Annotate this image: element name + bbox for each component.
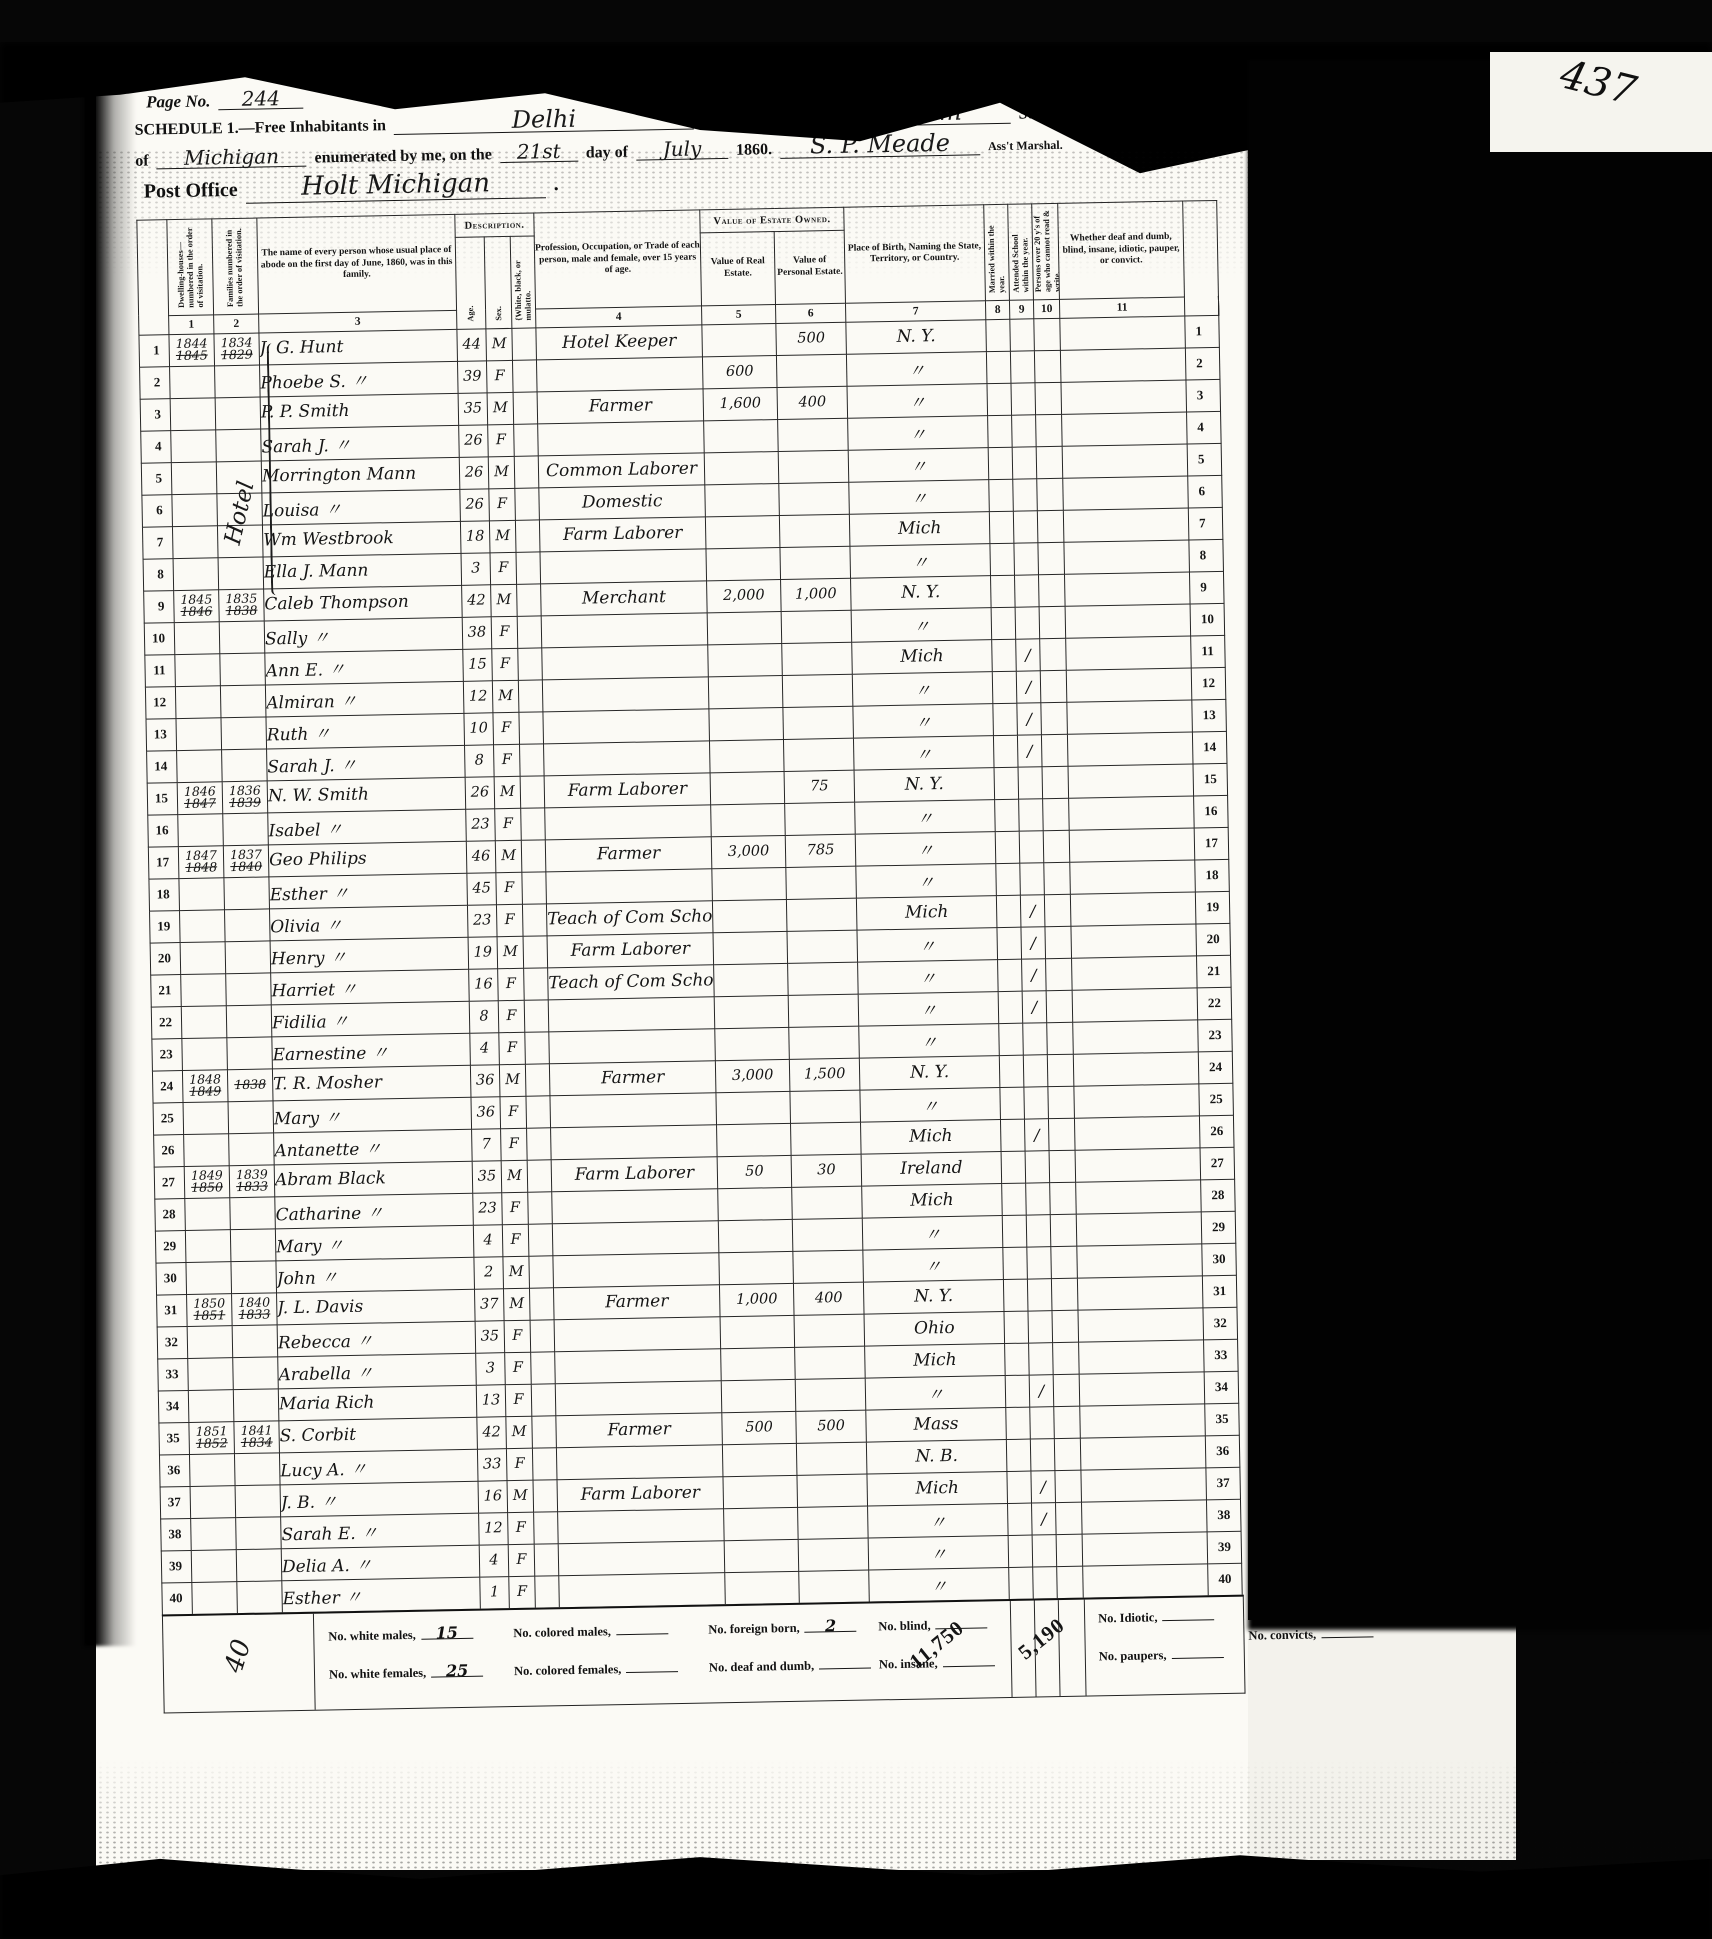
cell-age: 42 (477, 1416, 507, 1449)
cell-color (528, 1223, 553, 1255)
cell-remarks (1067, 700, 1193, 734)
footer-stat-no-white-females: No. white females,25 (329, 1664, 483, 1682)
dwelling-number-struck: 1847 (184, 797, 216, 810)
row-number-left: 27 (154, 1166, 185, 1199)
cell-dwelling-number (173, 557, 219, 590)
cell-cannot-read (1035, 382, 1062, 414)
row-number-left: 3 (140, 398, 171, 431)
cell-name: J. G. Hunt (259, 329, 458, 365)
cell-age: 36 (470, 1064, 500, 1097)
column-number-11: 11 (1059, 297, 1184, 318)
cell-age: 44 (457, 328, 487, 361)
cell-age: 4 (473, 1224, 503, 1257)
row-number-left: 9 (144, 590, 175, 623)
cell-birthplace: 〃 (850, 543, 991, 578)
cell-birthplace: 〃 (858, 959, 999, 994)
cell-personal-estate (780, 546, 851, 579)
cell-occupation (536, 356, 703, 391)
row-number-left: 6 (142, 494, 173, 527)
cell-attended-school (1019, 798, 1044, 830)
cell-color (517, 583, 542, 615)
cell-family-number (219, 621, 265, 654)
cell-personal-estate: 75 (784, 770, 855, 803)
row-number-left: 28 (155, 1198, 186, 1231)
cell-cannot-read (1037, 510, 1064, 542)
cell-occupation: Farmer (556, 1412, 723, 1447)
cell-occupation (540, 548, 707, 583)
cell-birthplace: 〃 (868, 1503, 1009, 1538)
cell-birthplace: Mich (867, 1471, 1008, 1506)
cell-birthplace: N. Y. (846, 319, 987, 354)
cell-remarks (1082, 1499, 1208, 1533)
cell-occupation (542, 676, 709, 711)
column-header-10: Place of Birth, Naming the State, Territ… (844, 205, 986, 303)
cell-sex: M (488, 456, 515, 488)
cell-family-number (234, 1452, 280, 1485)
cell-dwelling-number: 18461847 (177, 781, 223, 814)
scanned-census-page: { "page_header": { "page_no_label": "Pag… (0, 0, 1712, 1939)
dwelling-number-stack: 18441845 (170, 337, 214, 362)
cell-name: Olivia 〃 (269, 905, 468, 941)
cell-age: 4 (470, 1032, 500, 1065)
cell-attended-school (1015, 606, 1040, 638)
cell-attended-school: / (1024, 1118, 1049, 1150)
cell-name: P. P. Smith (260, 393, 459, 429)
cell-birthplace: 〃 (855, 799, 996, 834)
cell-occupation (552, 1188, 719, 1223)
cell-sex: M (489, 520, 516, 552)
cell-sex: F (505, 1384, 532, 1416)
cell-cannot-read (1034, 318, 1061, 350)
cell-name: Antanette 〃 (274, 1129, 473, 1165)
cell-attended-school (1011, 382, 1036, 414)
cell-name: Sarah J. 〃 (267, 745, 466, 781)
cell-dwelling-number: 18471848 (178, 845, 224, 878)
row-number-left: 31 (157, 1294, 188, 1327)
cell-occupation: Farm Laborer (539, 516, 706, 551)
cell-real-estate (717, 1123, 792, 1156)
cell-dwelling-number (176, 717, 222, 750)
cell-name: Catharine 〃 (275, 1193, 474, 1229)
cell-color (529, 1287, 554, 1319)
cell-occupation (544, 740, 711, 775)
cell-remarks (1064, 540, 1190, 574)
column-header-1: Dwelling-houses—numbered in the order of… (167, 219, 214, 315)
cell-age: 35 (458, 392, 488, 425)
cell-dwelling-number (191, 1517, 237, 1550)
cell-color (534, 1543, 559, 1575)
cell-real-estate (718, 1219, 793, 1252)
cell-attended-school (1014, 542, 1039, 574)
cell-dwelling-number (188, 1389, 234, 1422)
cell-age: 19 (468, 936, 498, 969)
cell-occupation: Farm Laborer (544, 772, 711, 807)
cell-real-estate (725, 1571, 800, 1604)
cell-remarks (1074, 1084, 1200, 1118)
cell-family-number (231, 1260, 277, 1293)
cell-attended-school (1024, 1086, 1049, 1118)
cell-personal-estate (794, 1314, 865, 1347)
cell-attended-school: / (1016, 638, 1041, 670)
row-number-left: 18 (149, 878, 180, 911)
cell-remarks (1072, 956, 1198, 990)
cell-family-number: 18351838 (219, 589, 265, 622)
scan-black-right-band (1248, 60, 1712, 1630)
cell-sex: F (499, 1032, 526, 1064)
cell-name: Mary 〃 (273, 1097, 472, 1133)
cell-age: 12 (463, 680, 493, 713)
row-number-left: 2 (140, 366, 171, 399)
cell-sex: M (503, 1288, 530, 1320)
cell-personal-estate (785, 802, 856, 835)
cell-real-estate: 1,600 (703, 387, 778, 420)
cell-personal-estate: 500 (796, 1410, 867, 1443)
cell-age: 26 (459, 424, 489, 457)
cell-color (534, 1511, 559, 1543)
cell-name: Isabel 〃 (268, 809, 467, 845)
cell-married (999, 1023, 1024, 1055)
cell-dwelling-number: 18511852 (189, 1421, 235, 1454)
cell-cannot-read (1038, 542, 1065, 574)
row-number-left: 1 (139, 334, 170, 367)
cell-cannot-read (1034, 350, 1061, 382)
footer-rule (1010, 1601, 1013, 1697)
cell-personal-estate (792, 1218, 863, 1251)
cell-sex: F (502, 1192, 529, 1224)
cell-occupation (553, 1252, 720, 1287)
cell-sex: F (508, 1544, 535, 1576)
cell-dwelling-number (170, 397, 216, 430)
cell-name: Abram Black (274, 1161, 473, 1197)
cell-personal-estate (783, 738, 854, 771)
cell-age: 42 (462, 584, 492, 617)
cell-sex: F (505, 1352, 532, 1384)
cell-occupation (552, 1220, 719, 1255)
cell-cannot-read (1039, 574, 1066, 606)
cell-name: Lucy A. 〃 (279, 1449, 478, 1485)
cell-color (533, 1479, 558, 1511)
state-value: Michigan (156, 146, 306, 170)
cell-real-estate (715, 1027, 790, 1060)
cell-remarks (1073, 1020, 1199, 1054)
cell-dwelling-number (188, 1357, 234, 1390)
row-number-left: 35 (159, 1422, 190, 1455)
cell-family-number (218, 557, 264, 590)
cell-age: 1 (480, 1576, 510, 1609)
cell-personal-estate (782, 674, 853, 707)
row-number-right: 25 (1199, 1083, 1234, 1116)
cell-dwelling-number (175, 685, 221, 718)
cell-remarks (1071, 924, 1197, 958)
cell-real-estate (722, 1443, 797, 1476)
cell-attended-school: / (1017, 702, 1042, 734)
cell-dwelling-number (187, 1325, 233, 1358)
cell-personal-estate (798, 1506, 869, 1539)
cell-married (992, 639, 1017, 671)
cell-dwelling-number (189, 1453, 235, 1486)
column-header-8: Value of Real Estate. (700, 232, 775, 306)
row-number-right: 14 (1192, 731, 1227, 764)
row-number-right: 12 (1191, 667, 1226, 700)
dwelling-number-struck: 1845 (176, 350, 208, 363)
cell-sex: M (503, 1256, 530, 1288)
cell-family-number (229, 1132, 275, 1165)
page-no-label: Page No. (146, 91, 211, 112)
column-header-9: Value of Personal Estate. (774, 230, 845, 304)
cell-attended-school (1012, 446, 1037, 478)
cell-dwelling-number (172, 525, 218, 558)
corner-chip: 437 (1490, 52, 1712, 152)
cell-occupation (545, 804, 712, 839)
cell-attended-school (1033, 1566, 1058, 1598)
column-number-8: 8 (985, 300, 1009, 319)
cell-color (512, 360, 537, 392)
cell-remarks (1083, 1563, 1209, 1597)
footer-rule (1058, 1600, 1061, 1696)
cell-real-estate (721, 1347, 796, 1380)
dwelling-number-stack: 18461847 (178, 785, 222, 810)
cell-dwelling-number (190, 1485, 236, 1518)
cell-color (530, 1319, 555, 1351)
row-number-right: 37 (1206, 1467, 1241, 1500)
cell-cannot-read (1056, 1502, 1083, 1534)
footer-stat-no-convicts-value (1321, 1636, 1373, 1638)
row-number-left: 23 (152, 1038, 183, 1071)
cell-birthplace: 〃 (856, 863, 997, 898)
cell-color (523, 935, 548, 967)
cell-sex: F (504, 1320, 531, 1352)
cell-color (524, 967, 549, 999)
cell-family-number (216, 429, 262, 462)
row-number-right: 38 (1207, 1499, 1242, 1532)
row-number-right: 10 (1190, 603, 1225, 636)
cell-sex: M (506, 1416, 533, 1448)
row-number-left: 19 (150, 910, 181, 943)
cell-sex: F (496, 904, 523, 936)
row-number-right: 28 (1201, 1179, 1236, 1212)
cell-remarks (1068, 764, 1194, 798)
cell-name: T. R. Mosher (272, 1065, 471, 1101)
cell-real-estate (709, 707, 784, 740)
cell-family-number (226, 1004, 272, 1037)
cell-color (525, 1063, 550, 1095)
cell-real-estate (724, 1539, 799, 1572)
cell-color (522, 903, 547, 935)
cell-dwelling-number (172, 493, 218, 526)
row-number-right: 9 (1189, 571, 1224, 604)
column-header-label: Dwelling-houses—numbered in the order of… (175, 224, 205, 311)
column-number-6: 6 (776, 303, 846, 323)
column-header-4: Age. (455, 237, 486, 329)
footer-stat-no-colored-males-label: No. colored males, (513, 1624, 611, 1640)
cell-married (1006, 1407, 1031, 1439)
cell-age: 3 (461, 552, 491, 585)
row-number-left: 40 (162, 1582, 193, 1615)
cell-occupation (550, 1092, 717, 1127)
row-number-right: 24 (1198, 1051, 1233, 1084)
footer-stat-no-colored-females: No. colored females, (514, 1661, 679, 1679)
cell-birthplace: 〃 (853, 735, 994, 770)
footer-stat-no-foreign-born-label: No. foreign born, (708, 1620, 800, 1636)
cell-remarks (1063, 476, 1189, 510)
cell-name: J. B. 〃 (280, 1481, 479, 1517)
row-number-left: 29 (155, 1230, 186, 1263)
cell-married (987, 383, 1012, 415)
footer-rule (1084, 1599, 1087, 1695)
cell-color (527, 1127, 552, 1159)
cell-family-number: 18341829 (214, 333, 260, 366)
cell-occupation: Teach of Com Schools (546, 900, 713, 935)
footer-stat-no-colored-females-label: No. colored females, (514, 1662, 622, 1678)
cell-color (531, 1383, 556, 1415)
footer-stat-no-white-females-label: No. white females, (329, 1665, 426, 1681)
cell-age: 35 (475, 1320, 505, 1353)
cell-personal-estate (791, 1122, 862, 1155)
cell-real-estate (708, 643, 783, 676)
row-number-right: 29 (1201, 1211, 1236, 1244)
cell-sex: F (486, 360, 513, 392)
cell-color (517, 615, 542, 647)
post-office-value: Holt Michigan (245, 167, 546, 203)
dwelling-number-stack: 18511852 (189, 1425, 233, 1450)
footer-stat-no-insane: No. insane, (879, 1655, 995, 1672)
cell-sex: F (493, 712, 520, 744)
cell-occupation (543, 708, 710, 743)
page-content: Page No. 244 SCHEDULE 1.—Free Inhabitant… (134, 70, 1284, 1713)
cell-remarks (1062, 444, 1188, 478)
cell-age: 18 (460, 520, 490, 553)
cell-real-estate (721, 1379, 796, 1412)
cell-birthplace: 〃 (859, 1023, 1000, 1058)
cell-attended-school (1030, 1438, 1055, 1470)
cell-cannot-read (1044, 862, 1071, 894)
cell-birthplace: 〃 (865, 1375, 1006, 1410)
cell-sex: M (491, 584, 518, 616)
cell-color (514, 456, 539, 488)
cell-attended-school (1026, 1182, 1051, 1214)
column-header-11: Married within the year. (984, 204, 1010, 300)
row-number-right: 3 (1186, 379, 1221, 412)
row-number-left: 5 (141, 462, 172, 495)
cell-name: Delia A. 〃 (281, 1545, 480, 1581)
cell-personal-estate (778, 418, 849, 451)
row-number-left: 13 (146, 718, 177, 751)
row-number-left: 33 (158, 1358, 189, 1391)
cell-real-estate (706, 547, 781, 580)
cell-cannot-read (1052, 1310, 1079, 1342)
cell-birthplace: N. Y. (854, 767, 995, 802)
cell-attended-school (1010, 350, 1035, 382)
column-number-9: 9 (1009, 299, 1033, 318)
cell-name: Ella J. Mann (263, 553, 462, 589)
cell-birthplace: 〃 (852, 671, 993, 706)
row-number-right: 2 (1185, 347, 1220, 380)
row-number-right: 11 (1191, 635, 1226, 668)
cell-age: 36 (471, 1096, 501, 1129)
cell-cannot-read (1040, 638, 1067, 670)
cell-age: 10 (464, 712, 494, 745)
cell-remarks (1079, 1371, 1205, 1405)
cell-married (997, 927, 1022, 959)
cell-real-estate (708, 675, 783, 708)
column-header-label: Families numbered in the order of visita… (225, 223, 246, 309)
dwelling-number-struck: 1851 (193, 1309, 225, 1322)
cell-family-number: 18371840 (223, 845, 269, 878)
row-number-left: 8 (143, 558, 174, 591)
cell-color (515, 519, 540, 551)
cell-cannot-read (1054, 1438, 1081, 1470)
family-number-stack: 18401833 (232, 1296, 276, 1321)
cell-remarks (1067, 732, 1193, 766)
row-number-right: 27 (1200, 1147, 1235, 1180)
column-header-label: Married within the year. (986, 209, 1007, 295)
cell-attended-school (1018, 766, 1043, 798)
cell-married (1006, 1439, 1031, 1471)
cell-married (998, 959, 1023, 991)
cell-attended-school: / (1022, 958, 1047, 990)
footer-stat-no-deaf-and-dumb: No. deaf and dumb, (709, 1657, 871, 1675)
cell-sex: F (494, 744, 521, 776)
cell-remarks (1075, 1147, 1201, 1181)
cell-age: 23 (466, 808, 496, 841)
cell-remarks (1063, 508, 1189, 542)
family-number-stack: 18361839 (223, 785, 267, 810)
cell-occupation: Farm Laborer (547, 932, 714, 967)
column-header-label: {White, black, or mulatto. (513, 237, 534, 323)
cell-married (991, 607, 1016, 639)
cell-real-estate (704, 419, 779, 452)
cell-birthplace: 〃 (853, 703, 994, 738)
cell-personal-estate (779, 514, 850, 547)
cell-occupation: Farmer (554, 1284, 721, 1319)
cell-attended-school (1023, 1054, 1048, 1086)
cell-age: 12 (479, 1512, 509, 1545)
row-number-left: 10 (144, 622, 175, 655)
cell-name: Esther 〃 (282, 1577, 481, 1613)
cell-name: Geo Philips (268, 841, 467, 877)
cell-married (989, 479, 1014, 511)
cell-married (988, 447, 1013, 479)
dwelling-number-struck: 1850 (191, 1181, 223, 1194)
cell-name: Earnestine 〃 (272, 1033, 471, 1069)
row-number-left: 25 (153, 1102, 184, 1135)
cell-personal-estate: 785 (785, 834, 856, 867)
column-number-5: 5 (702, 304, 776, 324)
cell-real-estate (714, 995, 789, 1028)
row-number-right: 20 (1196, 923, 1231, 956)
cell-real-estate (724, 1507, 799, 1540)
footer-stat-no-colored-females-value (626, 1671, 678, 1673)
cell-remarks (1081, 1467, 1207, 1501)
cell-birthplace: Mich (856, 895, 997, 930)
cell-cannot-read (1047, 1022, 1074, 1054)
row-number-left: 30 (156, 1262, 187, 1295)
cell-dwelling-number (171, 461, 217, 494)
cell-attended-school (1030, 1406, 1055, 1438)
cell-color (520, 743, 545, 775)
cell-remarks (1065, 604, 1191, 638)
cell-sex: M (492, 680, 519, 712)
cell-family-number (223, 813, 269, 846)
cell-age: 8 (469, 1000, 499, 1033)
cell-remarks (1077, 1275, 1203, 1309)
cell-dwelling-number (174, 621, 220, 654)
year-label: 1860. (736, 141, 772, 160)
cell-married (1003, 1279, 1028, 1311)
cell-cannot-read (1045, 926, 1072, 958)
cell-real-estate (702, 323, 777, 356)
day-value: 21st (500, 141, 578, 163)
